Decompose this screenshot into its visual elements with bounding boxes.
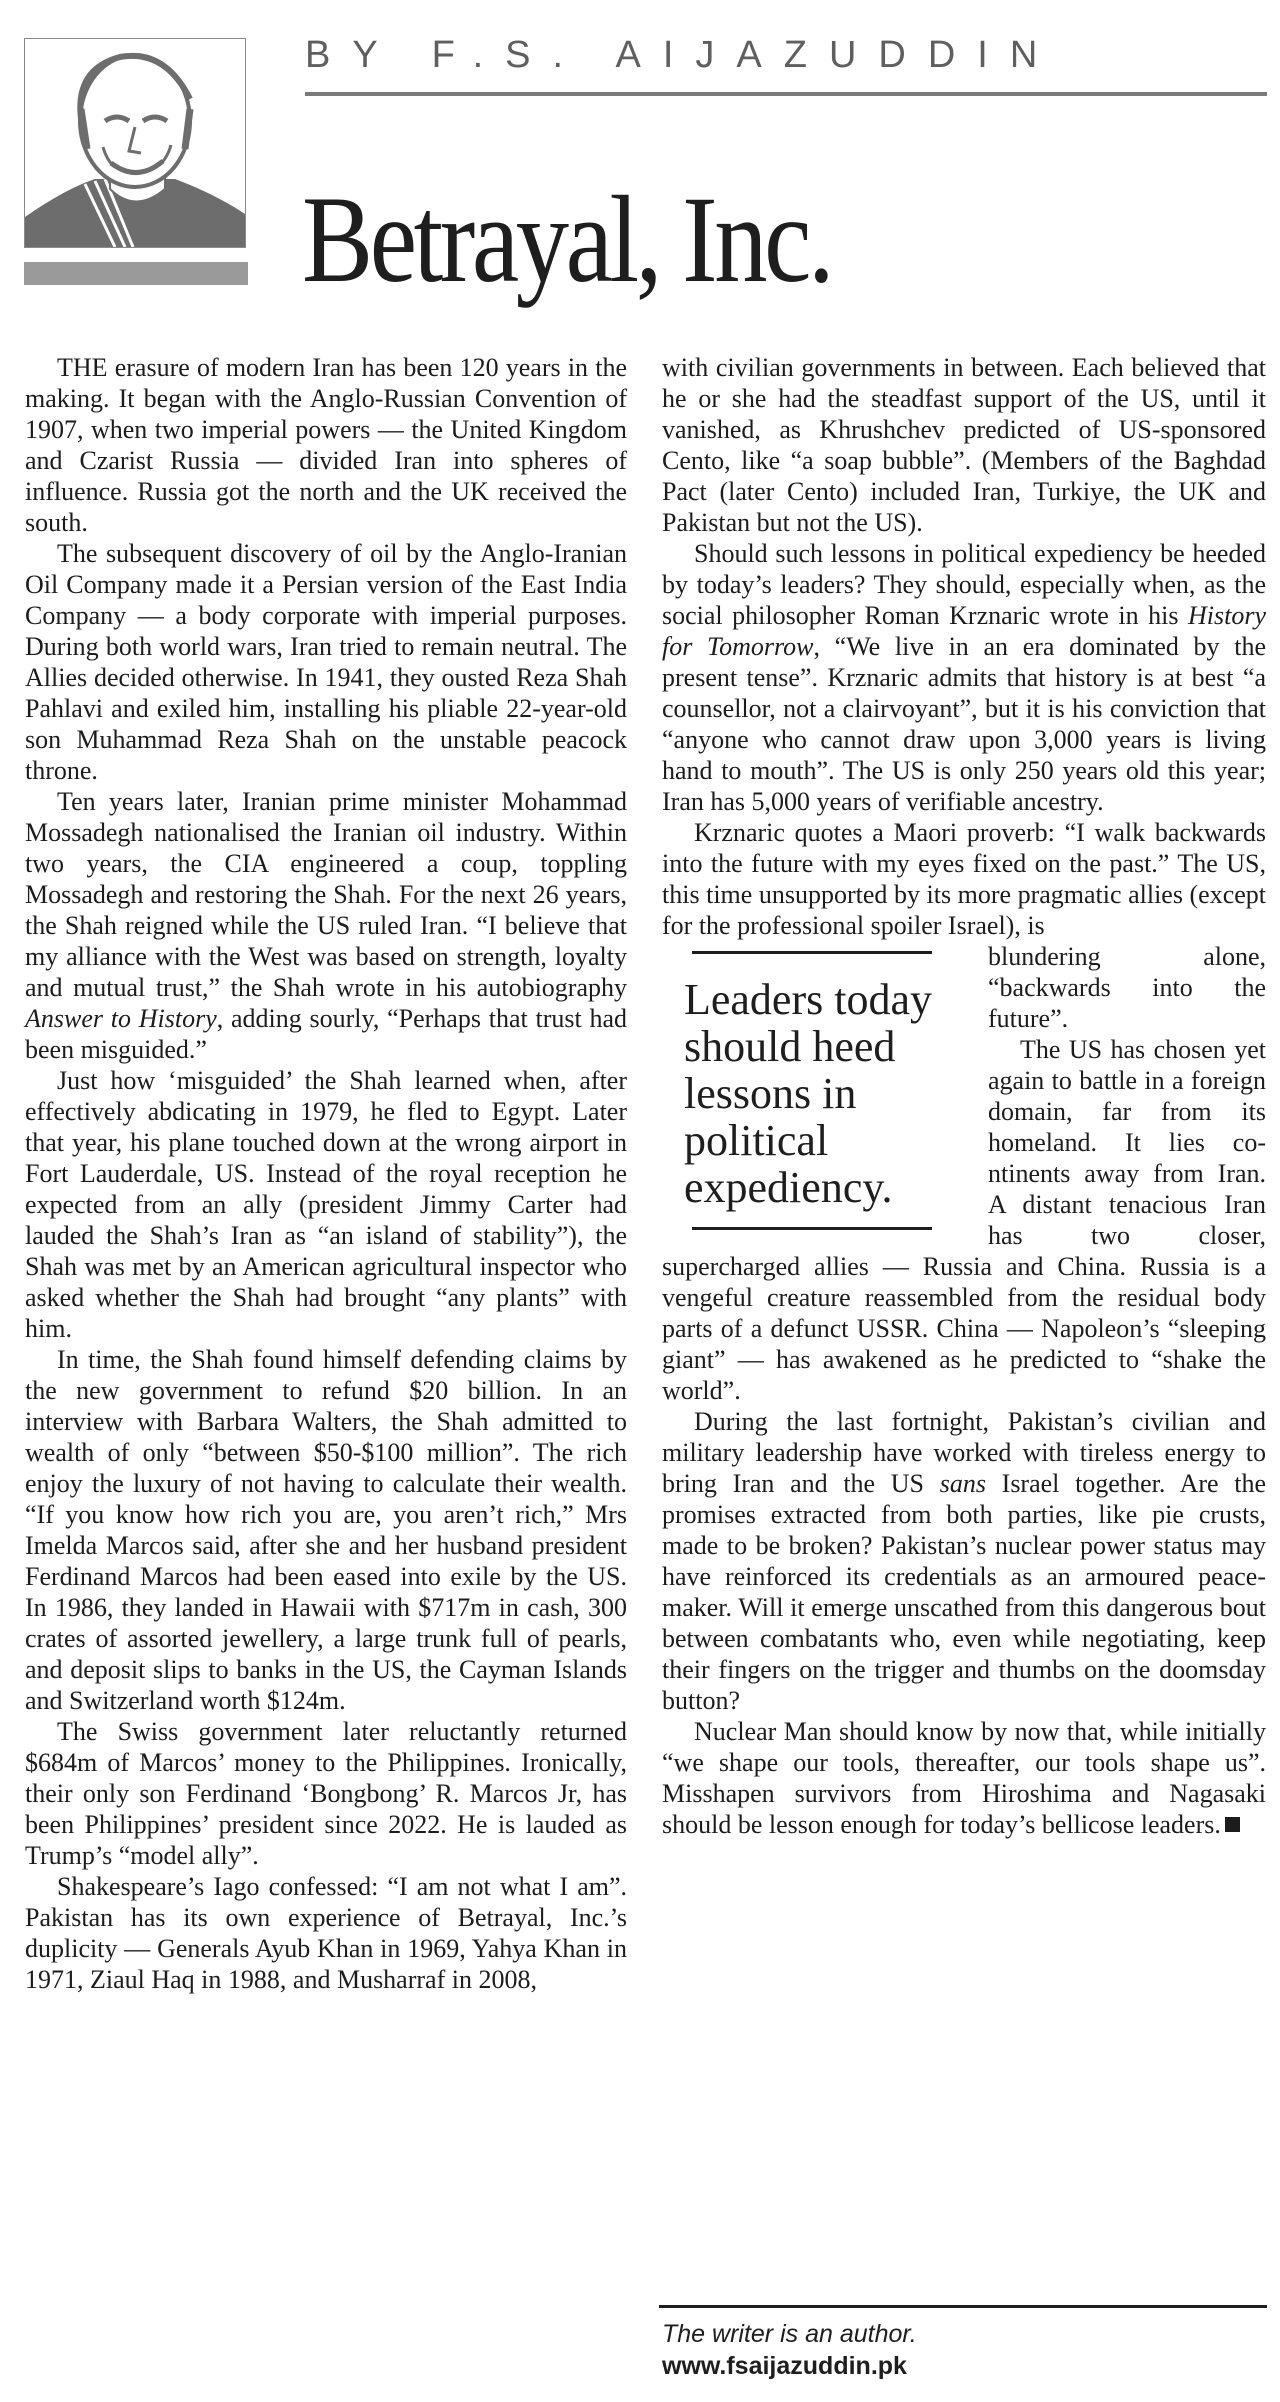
headline: Betrayal, Inc.: [302, 178, 831, 302]
paragraph-text: Should such lessons in political expedi­…: [662, 539, 1266, 630]
byline: BY F.S. AIJAZUDDIN: [305, 34, 1059, 77]
paragraph: Just how ‘misguided’ the Shah learned wh…: [25, 1065, 627, 1344]
paragraph: with civilian governments in between. Ea…: [662, 352, 1266, 538]
pull-quote-bottom-rule: [692, 1227, 932, 1230]
paragraph: The subsequent discovery of oil by the A…: [25, 538, 627, 786]
pull-quote-text: Leaders today should heed lessons in pol…: [666, 976, 966, 1211]
pull-quote: Leaders today should heed lessons in pol…: [666, 951, 966, 1230]
article-column-left: THE erasure of modern Iran has been 120 …: [25, 352, 627, 1995]
author-website-link[interactable]: www.fsaijazuddin.pk: [662, 2352, 907, 2381]
opinion-page: BY F.S. AIJAZUDDIN Betrayal, Inc. THE er…: [0, 0, 1280, 2402]
paragraph: During the last fortnight, Pakistan’s ci…: [662, 1406, 1266, 1716]
paragraph: Krznaric quotes a Maori proverb: “I walk…: [662, 817, 1266, 941]
paragraph: Should such lessons in political expedi­…: [662, 538, 1266, 817]
pull-quote-top-rule: [692, 951, 932, 954]
author-note: The writer is an author.: [662, 2320, 917, 2349]
paragraph-text: Ten years later, Iranian prime minister …: [25, 787, 627, 1002]
book-title: Answer to History: [25, 1004, 217, 1033]
byline-divider: [305, 92, 1267, 96]
author-portrait-icon: [25, 39, 245, 247]
paragraph-text: Israel together. Are the promises extrac…: [662, 1469, 1266, 1715]
paragraph: In time, the Shah found himself defend­i…: [25, 1344, 627, 1716]
paragraph: Nuclear Man should know by now that, whi…: [662, 1716, 1266, 1840]
paragraph: Ten years later, Iranian prime minister …: [25, 786, 627, 1065]
footer-divider: [659, 2305, 1267, 2308]
paragraph: The Swiss government later reluctantly r…: [25, 1716, 627, 1871]
end-of-article-square-icon: [1225, 1817, 1240, 1832]
article-column-right: with civilian governments in between. Ea…: [662, 352, 1266, 1840]
author-photo: [24, 38, 246, 248]
paragraph: Shakespeare’s Iago confessed: “I am not …: [25, 1871, 627, 1995]
paragraph: THE erasure of modern Iran has been 120 …: [25, 352, 627, 538]
emphasis: sans: [940, 1469, 986, 1498]
photo-accent-bar: [24, 262, 248, 285]
paragraph-text: Nuclear Man should know by now that, whi…: [662, 1717, 1266, 1839]
